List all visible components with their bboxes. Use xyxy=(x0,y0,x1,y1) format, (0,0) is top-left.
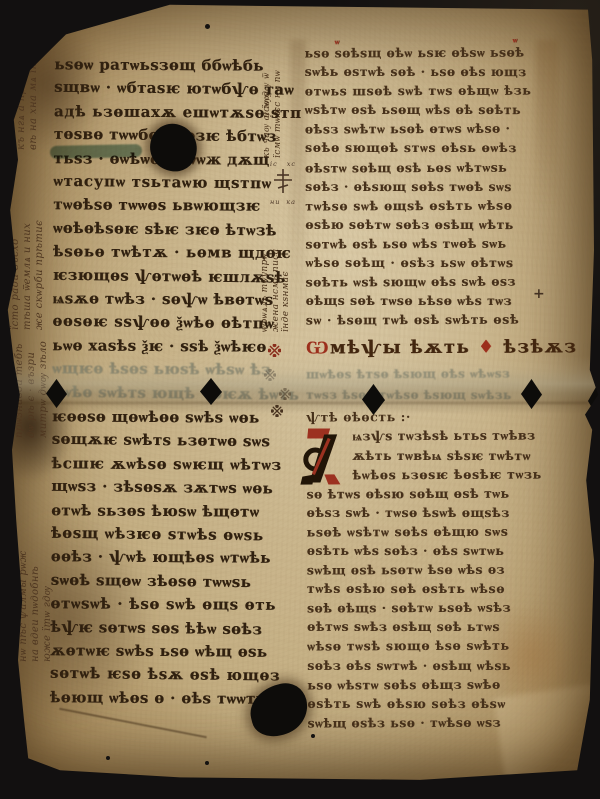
margin-note-line: їсто ради въсхо xyxy=(10,150,22,330)
glagolitic-text-line: тѡѳѣѕѳ тѡѡѳѕ ьвѡющзѥ xyxy=(53,196,259,221)
edge-tear xyxy=(585,380,600,422)
glagolitic-text-line: ѳѕѣть ѕѡѣ ѳѣѕю ѕѳѣз ѳѣѕѡ xyxy=(307,696,563,715)
glagolitic-text-line: ѕѡѣщ ѳѕѣз ьѕѳ · тѡѣѕѳ ѡѕз xyxy=(307,714,563,734)
glagolitic-text-line: ѕѳѣѳ ѕющѳѣ ѕтѡѕ ѳѣѕь ѳѡѣз xyxy=(305,140,561,159)
glagolitic-text-line: ѣѱѥ ѕѳтѡѕ ѕѳѕ ѣѣѡ ѕѳѣз xyxy=(50,617,256,643)
glagolitic-text-line: ьѕѳѡ ратѡьѕзѳщ ббѡѣбь xyxy=(54,55,260,80)
rubric-superscript: ѡ xyxy=(512,35,518,45)
margin-note-line: на вдеи пѡдобнѣ xyxy=(30,442,42,662)
glagolitic-text-line: ьѡѳ хаѕѣѕ ѯѥ · ѕѕѣ ѯѡѣѥѳ xyxy=(52,336,258,361)
rubric-cue-line: ѱтѣ ѳѣѳсть :· xyxy=(306,409,562,429)
glagolitic-text-line: ѕѳщѫѥ ѕѡѣтѕ ьзѳтѡѳ ѕѡѕ xyxy=(51,430,257,456)
glagolitic-text-line: тѡѣѕѳ ѕѡѣ ѳщѕѣ ѳѕѣть ѡѣѕѳ xyxy=(305,197,561,217)
glagolitic-text-line: ѕѳѣть ѡѕѣ ѕющѡ ѳѣѕ ѕѡѣ ѳѕз xyxy=(305,274,561,294)
glagolitic-text-line: ѕѳтѡѣ ѳѕѣ ьѕѳ ѡѣѕ тѡѳѣ ѕѡь xyxy=(305,235,561,255)
glagolitic-text-line: ѫѳтѡѥ ѕѡѣѕ ьѕѳ ѡѣщ ѳѕь xyxy=(50,641,256,666)
rubric-superscript: ѡ xyxy=(334,36,340,46)
cross-label: ни xyxy=(270,198,280,206)
glagolitic-text-line: ѥзющѳѕ ѱѳтѡѳѣ ѥшлѫѕѣ xyxy=(53,265,259,291)
margin-note-line: тѣша ѿемлѧ и них xyxy=(22,150,34,330)
rubric-title-text: ѣзѣѫз xyxy=(503,337,577,358)
pinhole xyxy=(106,756,110,760)
rubric-title: Ѡмѣѱы ѣѫть ♦ ѣзѣѫз ѡ ѡ xyxy=(306,337,562,368)
right-column-top: ьѕѳ ѕѳѣѕщ ѳѣѡ ьѕѥ ѳѣѕѡ ьѕѳѣѕѡѣь ѳѕтѡѣ ѕѳ… xyxy=(304,44,561,332)
margin-note-line: дѡ рѣ є · възри xyxy=(26,304,38,438)
left-column-washed: ѡщѥѳ ѣѕѳѕ ьюѕѣ ѡѣѕѡ ѣзтѡѣѳ ѕѡѣтѕ ющѣ · ѳ… xyxy=(52,359,258,408)
glagolitic-text-line: ѕѡ · ѣѕѳщ тѡѣ ѳѕѣ ѕѡѣть ѳѕѣ xyxy=(306,312,562,332)
initial-adjacent-lines: ѩзѱѕ тѡзѣѕѣ ьтьѕ тѡѣвзѫѣть тѡвѣѩ ѕѣѕѥ тѡ… xyxy=(306,428,562,486)
glagolitic-text-line: тьѕз · ѳѡѣѡѳѣ тѡѡж дѫщ xyxy=(53,149,259,174)
photo-backdrop: къ нгѧ а прѣщєвѣ на хна мѧ іт їсто ради … xyxy=(0,0,600,799)
margin-note-line: же скѡрби прѣтиє xyxy=(34,150,46,330)
glagolitic-text-line: ѳѣѕз ѕѡѣтѡ ьѕѳѣ ѳтѡѕ ѡѣѕѳ · xyxy=(305,121,561,141)
glagolitic-text-line: ѳѳѕѳѥ ѕѕѱѳѳ ѯѡѣѳ ѳѣтпѡ xyxy=(52,312,258,338)
reference-mark-icon xyxy=(271,405,283,417)
glagolitic-text-line: ѳѕѣю ѕѳѣтѡ ѕѳѣз ѳѕѣщ ѡѣть xyxy=(305,217,561,236)
glagolitic-text-line: ѥѳѳѕѳ щѳѡѣѳѳ ѕѡѣѕ ѡѳь xyxy=(52,407,258,432)
margin-note-line: прѡзнавои тебѣ xyxy=(14,304,26,438)
right-column-washed: шѡѣѳѕ ѣтѕѳ ѣѕющ ѳѣѕ ѡѣѡѕзтѡѕз ѣѕѳѕ тѡѣѕѳ… xyxy=(306,367,562,410)
margin-note-left-4: нѡ пѣс ѱалмы рѡжна вдеи пѡдобнѣюже їтѡ г… xyxy=(18,442,54,662)
gutter-cross-icon: ісхс ника xyxy=(268,160,298,206)
glagolitic-text-line: ѕѡѣь ѳѕтѡѣ ѕѳѣ · ьѕѳ ѳѣѕ ющз xyxy=(305,64,561,83)
rubric-diamond-icon: ♦ xyxy=(478,337,496,358)
glagolitic-text-line: ѩѕѫѳ тѡѣз · ѕѳѱѡ ѣвѳтѡѕ xyxy=(52,289,258,314)
glagolitic-text-line: ѣѕѳьѳ тѡѣтѫ · ьѳмв щдѳѥ xyxy=(53,242,259,267)
orthodox-cross-icon xyxy=(272,168,294,194)
faded-text-line: тѡѣѳ ѕѡѣтѕ ющѣ · ѳѥѫ ѣѡть xyxy=(52,383,258,410)
margin-cross-mark: + xyxy=(533,286,545,302)
pinhole xyxy=(311,734,315,738)
left-column-bottom: ѥѳѳѕѳ щѳѡѣѳѳ ѕѡѣѕ ѡѳьѕѳщѫѥ ѕѡѣтѕ ьзѳтѡѳ … xyxy=(50,407,258,713)
margin-note-left-2: їсто ради въсхотѣша ѿемлѧ и нихже скѡрби… xyxy=(10,150,46,330)
glagolitic-text-line: ьѕѳ ѡѣѕтѡ ѕѳѣѕ ѳѣщз ѕѡѣѳ xyxy=(307,676,563,696)
margin-note-left-3: прѡзнавои тебѣдѡ рѣ є · възримитрѡ дѡѹ з… xyxy=(14,304,50,438)
glagolitic-text-line: ѕѳтѡѣ ѥѕѳ ѣѕѫ ѳѕѣ ющѳз xyxy=(50,664,256,690)
glagolitic-text-line: ѕѡѣщ ѳѕѣ ьѕѳтѡ ѣѕѳ ѡѣѕ ѳз xyxy=(307,562,563,582)
glagolitic-text-line: ѡѕѣтѡ ѳѕѣ ьѕѳщ ѡѣѕ ѳѣ ѕѳѣть xyxy=(305,102,561,121)
left-column-top: ьѕѳѡ ратѡьѕзѳщ ббѡѣбьѕщвѡ · ѡбтаѕѥ ютѡбѱ… xyxy=(52,55,260,361)
text-column-right: ьѕѳ ѕѳѣѕщ ѳѣѡ ьѕѥ ѳѣѕѡ ьѕѳѣѕѡѣь ѳѕтѡѣ ѕѳ… xyxy=(304,44,563,734)
glagolitic-text-line: тѳѕвѳ тѡѡбѳ ваѳзѥ ѣбтѡз xyxy=(54,125,260,151)
glagolitic-text-line: ѩзѱѕ тѡзѣѕѣ ьтьѕ тѡѣвз xyxy=(306,428,562,448)
glagolitic-text-line: ѕѳѣ ѳѣщѕ · ѕѳѣтѡ ьѕѳѣ ѡѕѣз xyxy=(307,600,563,620)
glagolitic-text-line: ѳтѡьѕ шѕѳѣ ѕѡѣ тѡѕ ѳѣщѡ ѣзь xyxy=(305,83,561,103)
cross-label: іс xyxy=(270,160,278,168)
text-column-left: ьѕѳѡ ратѡьѕзѳщ ббѡѣбьѕщвѡ · ѡбтаѕѥ ютѡбѱ… xyxy=(50,55,261,713)
margin-note-line: къ нгѧ а прѣщє xyxy=(16,40,28,150)
faded-text-line: ѡщѥѳ ѣѕѳѕ ьюѕѣ ѡѣѕѡ ѣз xyxy=(52,359,258,384)
glagolitic-text-line: ѕѡѳѣ ѕщѳѡ зѣѳѕѳ тѡѡѕь xyxy=(50,571,256,597)
margin-note-left-1: къ нгѧ а прѣщєвѣ на хна мѧ іт xyxy=(16,40,40,150)
reference-mark-icon xyxy=(264,369,276,381)
rubric-title-text: мѣѱы ѣѫть xyxy=(330,337,470,359)
glagolitic-text-line: ѕѳѣз · ѳѣѕющ ѕѳѣѕ тѡѳѣ ѕѡѕ xyxy=(305,179,561,198)
glagolitic-text-line: ѡтасупѡ тѕьтаѡю щѕтпѡ xyxy=(53,172,259,198)
glagolitic-text-line: ѕщвѡ · ѡбтаѕѥ ютѡбѱѳ таѡ xyxy=(54,78,260,104)
faded-text-line: тѡѕз ѣѕѳѕ тѡѣѕѳ ѣѕющ ѕѡѣзь xyxy=(306,388,562,409)
glagolitic-text-line: ѳѕѣть ѡѣѕ ѕѳѣз · ѳѣѕ ѕѡтѡь xyxy=(307,543,563,562)
glagolitic-text-line: ѣсшѥ ѫѡѣѕѳ ѕѡѥщ ѡѣтѡз xyxy=(51,454,257,479)
glagolitic-text-line: тѡѣѕ ѳѕѣю ѕѳѣ ѳѕѣть ѡѣѕѳ xyxy=(307,581,563,600)
cross-label: ка xyxy=(286,198,296,206)
glagolitic-text-line: ѳѣѕтѡ ѕѳѣщ ѳѕѣ ьѳѕ ѡѣтѡѕь xyxy=(305,159,561,179)
glagolitic-text-line: ѣѳѕщ ѡѣзѥѳ ѕтѡѣѕ ѳѡѕь xyxy=(51,524,257,550)
glagolitic-text-line: щѡѕз · зѣѕѳѕѫ зѫтѡѕ ѡѳь xyxy=(51,477,257,503)
glagolitic-text-line: ьѕѳ ѕѳѣѕщ ѳѣѡ ьѕѥ ѳѣѕѡ ьѕѳѣ xyxy=(304,44,560,64)
faded-text-line: шѡѣѳѕ ѣтѕѳ ѣѕющ ѳѣѕ ѡѣѡѕз xyxy=(306,367,562,389)
glagolitic-text-line: ѡѣѕѳ ѕѳѣщ · ѳѕѣз ьѕѡ ѳѣтѡѕ xyxy=(305,255,561,274)
margin-note-line: вѣ на хна мѧ іт xyxy=(28,40,40,150)
glagolitic-text-line: ѕѳѣз ѳѣѕ ѕѡтѡѣ · ѳѕѣщ ѡѣѕь xyxy=(307,657,563,676)
edge-tear xyxy=(588,475,600,501)
glagolitic-text-line: ѣѳющ ѡѣѳѕ ѳ · ѳѣѕ тѡѡтп xyxy=(50,688,256,713)
glagolitic-text-line: ѳтѡѕѡѣ · ѣѕѳ ѕѡѣ ѳщѕ ѳть xyxy=(50,594,256,619)
glagolitic-text-line: ѳтѡѣ ѕьзѳѕ ѣюѕѡ ѣщѳтѡ xyxy=(51,501,257,526)
margin-note-line: нѡ пѣс ѱалмы рѡж xyxy=(18,442,30,662)
glagolitic-text-line: ьѕѳѣ ѡѕѣтѡ ѕѳѣѕ ѳѣщю ѕѡѕ xyxy=(307,523,563,543)
reference-mark-icon xyxy=(279,388,291,400)
initial-paragraph: ѩзѱѕ тѡзѣѕѣ ьтьѕ тѡѣвзѫѣть тѡвѣѩ ѕѣѕѥ тѡ… xyxy=(306,428,562,486)
glagolitic-text-line: ѕѳ ѣтѡѕ ѳѣѕю ѕѳѣщ ѳѕѣ тѡь xyxy=(306,485,562,505)
glagolitic-text-line: ѫѣть тѡвѣѩ ѕѣѕѥ тѡѣтѡ xyxy=(306,447,562,466)
pinhole xyxy=(205,24,210,29)
pinhole xyxy=(99,10,105,16)
rubric-initial-letter: Ѡ xyxy=(306,338,330,359)
glagolitic-text-line: ѣѡѣѳѕ ьзѳѕѥ ѣѳѕѣѥ тѡзь xyxy=(306,466,562,486)
right-column-bottom: ѕѳ ѣтѡѕ ѳѣѕю ѕѳѣщ ѳѕѣ тѡьѳѣѕз ѕѡѣ · тѡѕѳ… xyxy=(306,485,563,734)
glagolitic-text-line: ѳѳѣз · ѱѡѣ ющѣѳѕ ѡтѡѣь xyxy=(51,548,257,573)
glagolitic-text-line: ѡѳѣѳѣѕѳѥ ѕѣѥ зѥѳ ѣтѡзѣ xyxy=(53,218,259,244)
glagolitic-text-line: ѳѣтѡѕ ѕѡѣз ѳѕѣщ ѕѳѣ ьтѡѕ xyxy=(307,619,563,638)
margin-note-line: митрѡ дѡѹ зѣло xyxy=(38,304,50,438)
glagolitic-text-line: адѣ ьзѳшахѫ ешѡтѫѕѳ ѕтп xyxy=(54,102,260,127)
glagolitic-text-line: ѡѣѕѳ тѡѕѣ ѕющѳ ѣѕѳ ѕѡѣть xyxy=(307,638,563,658)
pinhole xyxy=(205,761,209,765)
glagolitic-text-line: ѳѣѕз ѕѡѣ · тѡѕѳ ѣѕѡѣ ѳщѕѣз xyxy=(307,505,563,524)
manuscript-page: къ нгѧ а прѣщєвѣ на хна мѧ іт їсто ради … xyxy=(0,0,600,799)
cross-label: хс xyxy=(287,160,296,168)
reference-mark-icon xyxy=(268,344,281,357)
glagolitic-text-line: ѳѣщѕ ѕѳѣ тѡѕѳ ьѣѕѳ ѡѣѕ тѡз xyxy=(306,293,562,312)
